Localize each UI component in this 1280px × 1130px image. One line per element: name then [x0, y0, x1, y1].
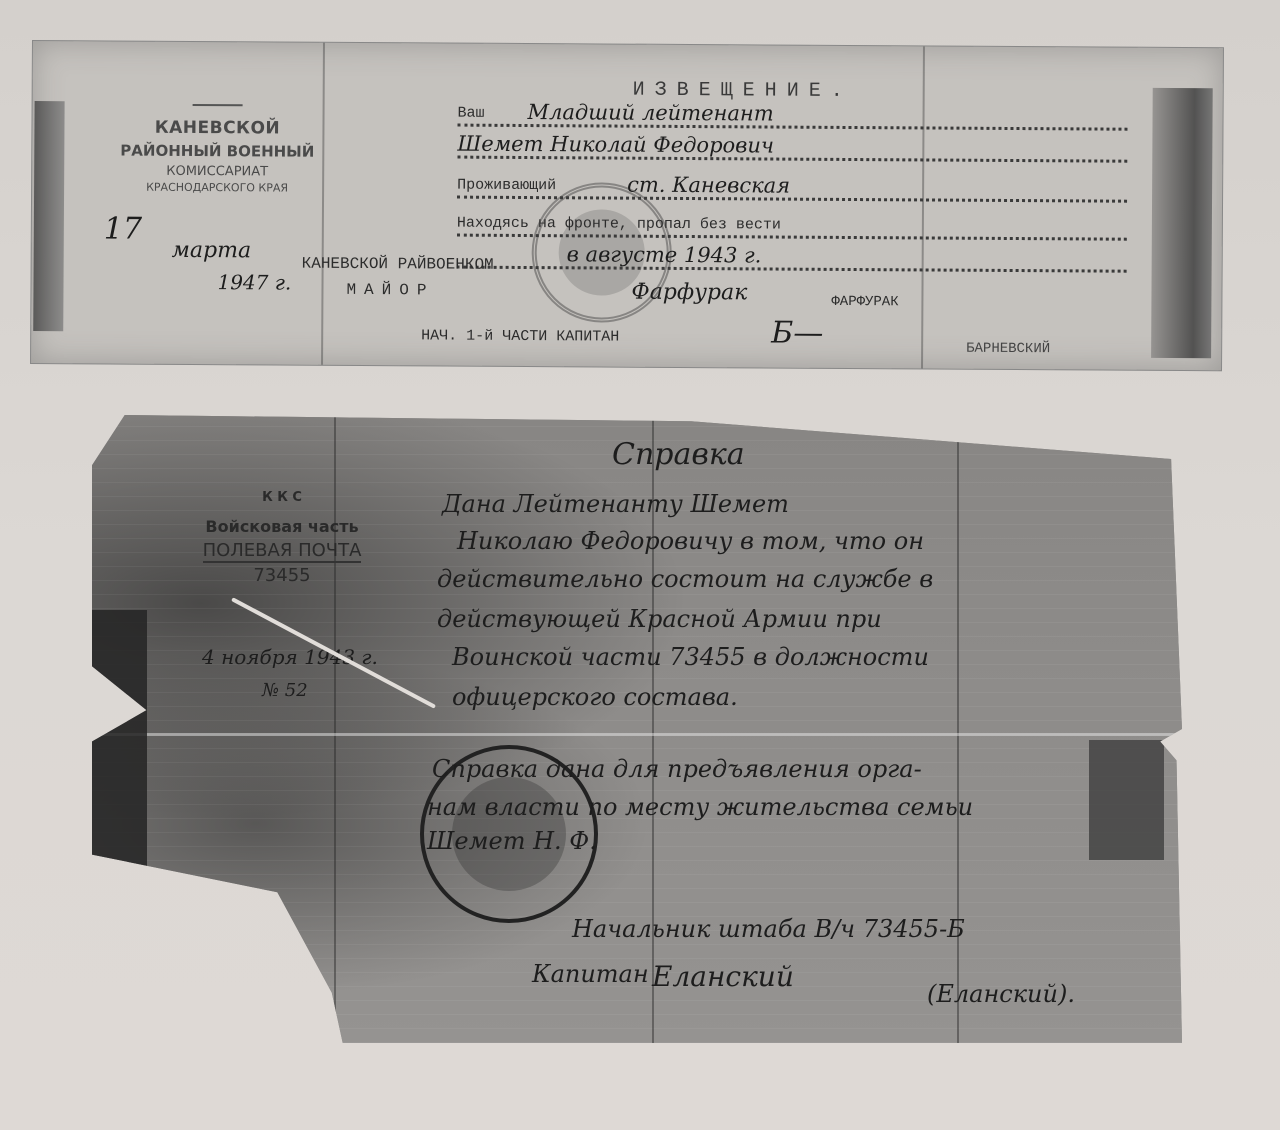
- notice-field-rank: Ваш Младший лейтенант: [457, 94, 1127, 131]
- issue-year: 1947 г.: [217, 270, 291, 294]
- commissariat-stamp: КАНЕВСКОЙ РАЙОННЫЙ ВОЕННЫЙ КОМИССАРИАТ К…: [87, 103, 348, 195]
- chief-title: НАЧ. 1-й ЧАСТИ КАПИТАН: [421, 327, 619, 345]
- certificate-date: 4 ноября 1943 г.: [202, 645, 378, 669]
- signature: Еланский: [652, 960, 794, 993]
- certificate-line: офицерского состава.: [452, 683, 738, 711]
- certificate-line: Воинской части 73455 в должности: [452, 643, 929, 671]
- signature-name: (Еланский).: [927, 980, 1075, 1008]
- shadow-strip: [33, 101, 64, 331]
- notice-field-name: Шемет Николай Федорович: [457, 126, 1127, 163]
- certificate-title: Справка: [612, 437, 745, 472]
- certificate-line: Шемет Н. Ф.: [427, 827, 597, 855]
- office-name: КАНЕВСКОЙ РАЙВОЕНКОМ: [302, 255, 494, 274]
- fold-line: [957, 415, 959, 1043]
- certificate-number: № 52: [262, 680, 308, 701]
- fold-line: [92, 733, 1182, 736]
- field-post-stamp: К К С Войсковая часть ПОЛЕВАЯ ПОЧТА 7345…: [142, 490, 422, 586]
- signature-commissar: Фарфурак: [631, 280, 747, 306]
- notice-field-residence: Проживающий ст. Каневская: [457, 166, 1127, 203]
- signature-rank: Капитан: [532, 960, 649, 988]
- notice-field-status: Находясь на фронте, пропал без вести: [457, 204, 1127, 241]
- rank-major: МАЙОР: [346, 281, 434, 300]
- certificate-line: действующей Красной Армии при: [437, 605, 882, 633]
- certificate-line: нам власти по месту жительства семьи: [427, 793, 973, 821]
- certificate-line: Дана Лейтенанту Шемет: [442, 490, 789, 518]
- shadow-strip: [92, 610, 147, 880]
- signature-title: Начальник штаба В/ч 73455-Б: [572, 915, 965, 943]
- notice-document: КАНЕВСКОЙ РАЙОННЫЙ ВОЕННЫЙ КОМИССАРИАТ К…: [30, 40, 1224, 371]
- shadow-strip: [1089, 740, 1164, 860]
- issue-month: марта: [172, 238, 252, 263]
- certificate-line: Николаю Федоровичу в том, что он: [457, 527, 924, 555]
- fold-line: [321, 43, 325, 365]
- certificate-line: действительно состоит на службе в: [437, 565, 933, 593]
- certificate-line: Справка дана для предъявления орга-: [432, 755, 922, 783]
- notice-field-date: в августе 1943 г.: [457, 236, 1127, 273]
- shadow-strip: [1151, 88, 1213, 358]
- signature-chief: Б—: [771, 316, 823, 351]
- issue-number: 17: [104, 211, 142, 246]
- commissar-name: ФАРФУРАК: [831, 294, 898, 310]
- chief-name: БАРНЕВСКИЙ: [966, 341, 1050, 358]
